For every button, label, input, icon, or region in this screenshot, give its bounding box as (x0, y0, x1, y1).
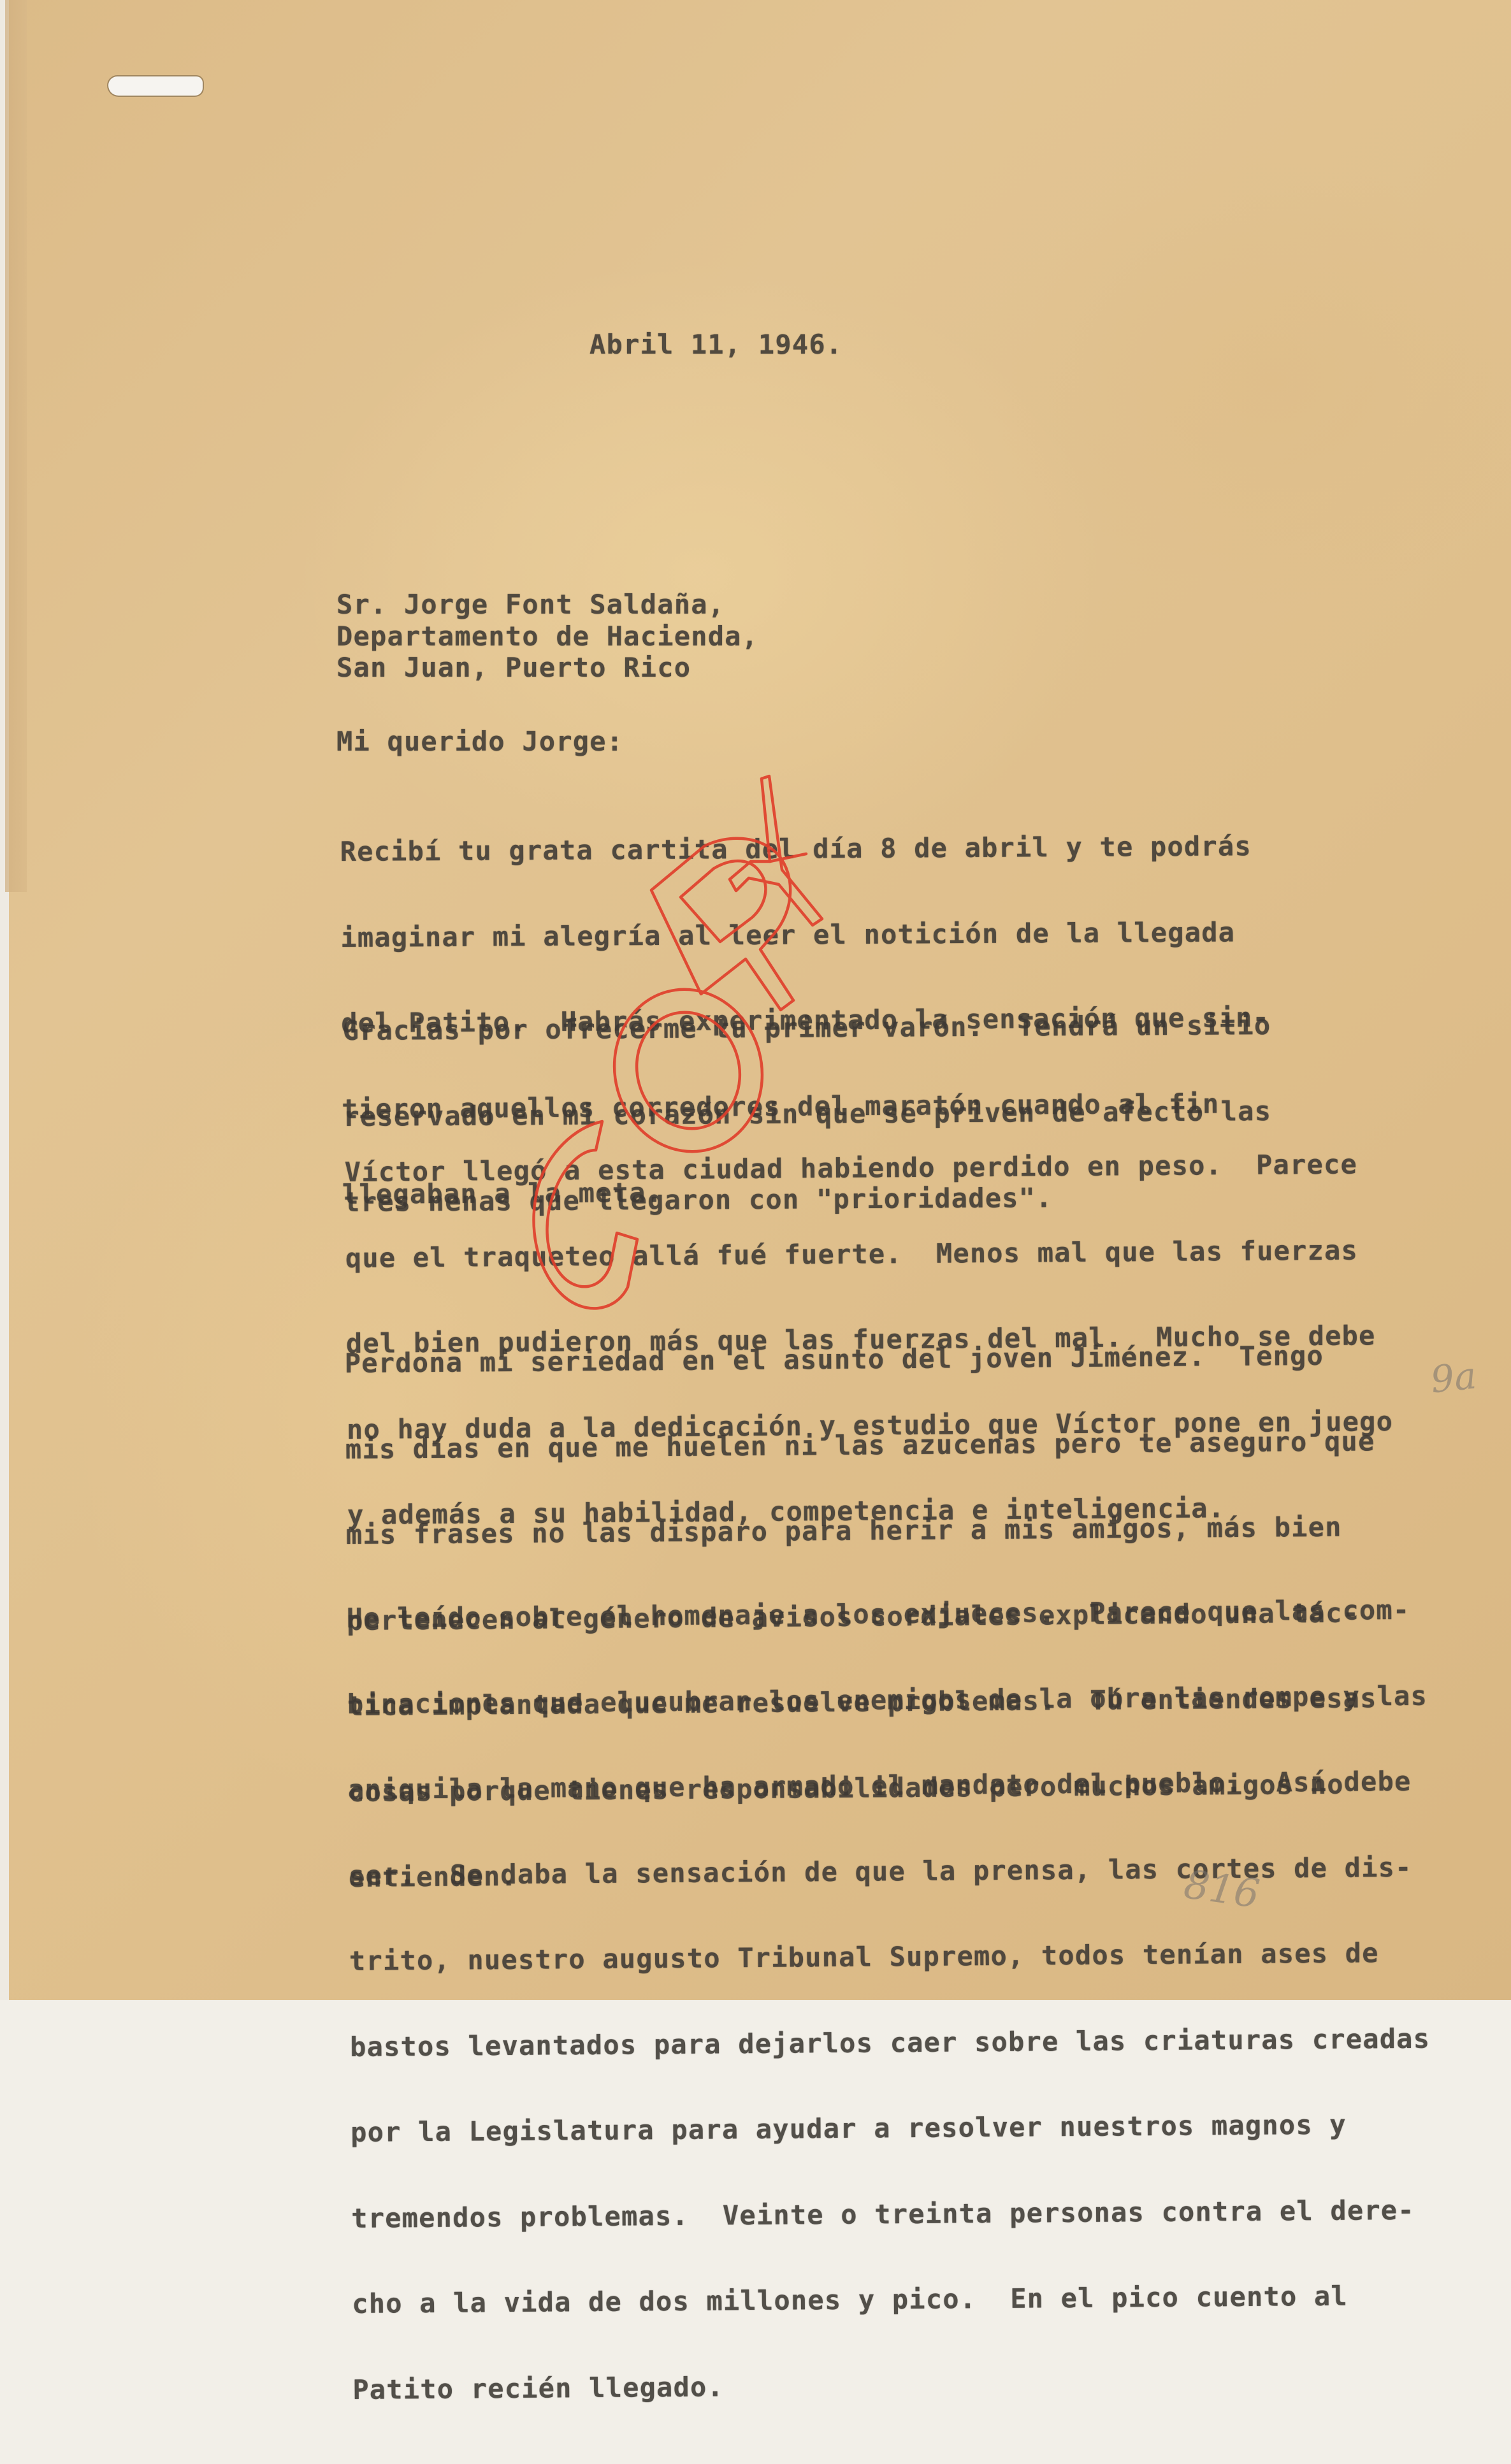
pencil-margin-note: 9a (1429, 1353, 1478, 1401)
paragraph-line: Perdona mi seriedad en el asunto del jov… (345, 1342, 1375, 1382)
letter-date: Abril 11, 1946. (589, 331, 842, 358)
paragraph-line: binaciones que elucubran los enemigos de… (347, 1682, 1428, 1723)
paragraph-line: trito, nuestro augusto Tribunal Supremo,… (349, 1940, 1429, 1980)
paragraph-line: ser. Se daba la sensación de que la pren… (349, 1854, 1429, 1894)
paragraph-line: Recibí tu grata cartita del día 8 de abr… (340, 833, 1269, 870)
paragraph-line: aniquila la mano que ha armado el mandat… (348, 1768, 1428, 1809)
punch-tear-hole (108, 76, 203, 96)
paragraph-line: imaginar mi alegría al leer el notición … (340, 919, 1269, 956)
paragraph-line: Víctor llegó a esta ciudad habiendo perd… (345, 1151, 1391, 1191)
paragraph-line: que el traqueteo allá fué fuerte. Menos … (345, 1237, 1392, 1277)
recipient-name: Sr. Jorge Font Saldaña, (336, 591, 725, 618)
paper-fold-edge (5, 0, 27, 892)
paragraph-line: mis días en que me huelen ni las azucena… (345, 1428, 1375, 1468)
recipient-city: San Juan, Puerto Rico (336, 654, 691, 681)
paragraph-5: He leído sobre el homenaje a los exjuece… (346, 1543, 1433, 2000)
paragraph-line: He leído sobre el homenaje a los exjuece… (347, 1597, 1427, 1638)
salutation: Mi querido Jorge: (336, 728, 623, 755)
recipient-department: Departamento de Hacienda, (336, 623, 758, 650)
letter-page: Abril 11, 1946. Sr. Jorge Font Saldaña, … (0, 0, 1511, 2000)
paragraph-line: Gracias por ofrecerme tu primer varón. T… (343, 1012, 1271, 1049)
